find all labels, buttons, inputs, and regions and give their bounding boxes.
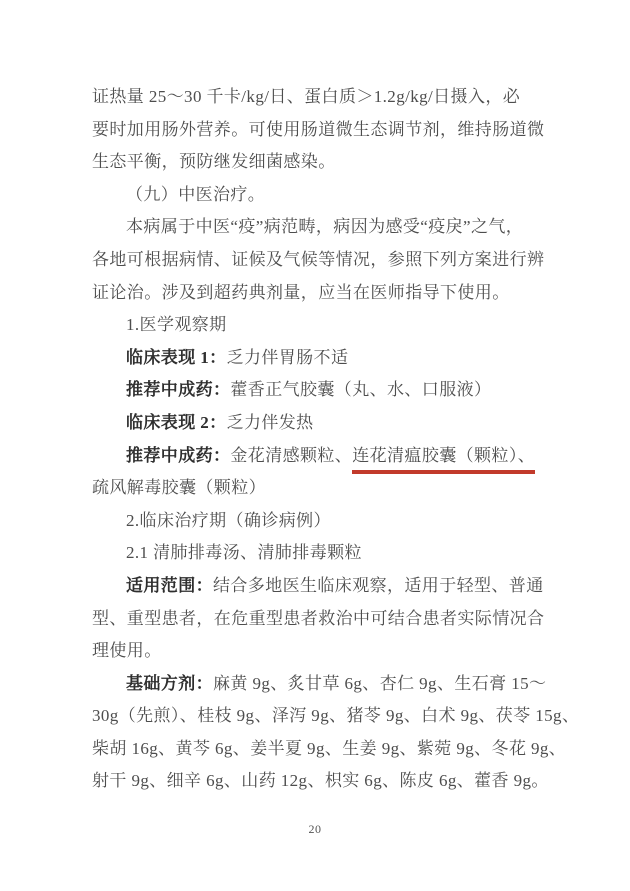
- text-segment: 理使用。: [92, 641, 162, 660]
- text-segment: 射干 9g、细辛 6g、山药 12g、枳实 6g、陈皮 6g、藿香 9g。: [92, 771, 549, 790]
- text-segment: 证热量 25～30 千卡/kg/日、蛋白质＞1.2g/kg/日摄入，必: [92, 87, 520, 106]
- text-segment: 要时加用肠外营养。可使用肠道微生态调节剂，维持肠道微: [92, 120, 544, 139]
- document-line: 理使用。: [92, 635, 544, 668]
- label-segment: 推荐中成药：: [126, 380, 230, 399]
- text-segment: 柴胡 16g、黄芩 6g、姜半夏 9g、生姜 9g、紫菀 9g、冬花 9g、: [92, 739, 566, 758]
- document-line: 本病属于中医“疫”病范畴，病因为感受“疫戾”之气，: [92, 211, 544, 244]
- document-line: 疏风解毒胶囊（颗粒）: [92, 472, 544, 505]
- document-line: 适用范围：结合多地医生临床观察，适用于轻型、普通: [92, 570, 544, 603]
- text-segment: 各地可根据病情、证候及气候等情况，参照下列方案进行辨: [92, 250, 544, 269]
- text-segment: 疏风解毒胶囊（颗粒）: [92, 478, 266, 497]
- document-line: 临床表现 1：乏力伴胃肠不适: [92, 342, 544, 375]
- document-line: 要时加用肠外营养。可使用肠道微生态调节剂，维持肠道微: [92, 114, 544, 147]
- document-line: 2.临床治疗期（确诊病例）: [92, 505, 544, 538]
- document-text-block: 证热量 25～30 千卡/kg/日、蛋白质＞1.2g/kg/日摄入，必要时加用肠…: [92, 81, 544, 798]
- label-segment: 临床表现 1：: [126, 348, 227, 367]
- page-number: 20: [0, 822, 630, 837]
- label-segment: 适用范围：: [126, 576, 213, 595]
- text-segment: （九）中医治疗。: [126, 185, 265, 204]
- text-segment: 乏力伴发热: [227, 413, 314, 432]
- document-line: 30g（先煎）、桂枝 9g、泽泻 9g、猪苓 9g、白术 9g、茯苓 15g、: [92, 700, 544, 733]
- text-segment: 结合多地医生临床观察，适用于轻型、普通: [213, 576, 544, 595]
- document-line: 生态平衡，预防继发细菌感染。: [92, 146, 544, 179]
- text-segment: 麻黄 9g、炙甘草 6g、杏仁 9g、生石膏 15～: [213, 674, 546, 693]
- document-line: 基础方剂：麻黄 9g、炙甘草 6g、杏仁 9g、生石膏 15～: [92, 668, 544, 701]
- document-line: 临床表现 2：乏力伴发热: [92, 407, 544, 440]
- text-segment: 藿香正气胶囊（丸、水、口服液）: [230, 380, 491, 399]
- document-line: 推荐中成药：藿香正气胶囊（丸、水、口服液）: [92, 374, 544, 407]
- text-segment: 2.临床治疗期（确诊病例）: [126, 511, 331, 530]
- text-segment: 金花清感颗粒、: [230, 446, 352, 465]
- text-segment: 证论治。涉及到超药典剂量，应当在医师指导下使用。: [92, 283, 510, 302]
- document-page: 证热量 25～30 千卡/kg/日、蛋白质＞1.2g/kg/日摄入，必要时加用肠…: [0, 0, 630, 891]
- highlighted-drug-name: 连花清瘟胶囊（颗粒）、: [352, 446, 535, 474]
- label-segment: 推荐中成药：: [126, 446, 230, 465]
- text-segment: 生态平衡，预防继发细菌感染。: [92, 152, 336, 171]
- document-line: 2.1 清肺排毒汤、清肺排毒颗粒: [92, 537, 544, 570]
- text-segment: 型、重型患者，在危重型患者救治中可结合患者实际情况合: [92, 609, 544, 628]
- document-line: 射干 9g、细辛 6g、山药 12g、枳实 6g、陈皮 6g、藿香 9g。: [92, 765, 544, 798]
- text-segment: 本病属于中医“疫”病范畴，病因为感受“疫戾”之气，: [126, 217, 523, 236]
- text-segment: 30g（先煎）、桂枝 9g、泽泻 9g、猪苓 9g、白术 9g、茯苓 15g、: [92, 706, 579, 725]
- document-line: 推荐中成药：金花清感颗粒、连花清瘟胶囊（颗粒）、: [92, 440, 544, 473]
- document-line: 1.医学观察期: [92, 309, 544, 342]
- text-segment: 1.医学观察期: [126, 315, 227, 334]
- document-line: 证论治。涉及到超药典剂量，应当在医师指导下使用。: [92, 277, 544, 310]
- document-line: 型、重型患者，在危重型患者救治中可结合患者实际情况合: [92, 603, 544, 636]
- label-segment: 临床表现 2：: [126, 413, 227, 432]
- document-line: （九）中医治疗。: [92, 179, 544, 212]
- document-line: 证热量 25～30 千卡/kg/日、蛋白质＞1.2g/kg/日摄入，必: [92, 81, 544, 114]
- text-segment: 乏力伴胃肠不适: [227, 348, 349, 367]
- label-segment: 基础方剂：: [126, 674, 213, 693]
- document-line: 各地可根据病情、证候及气候等情况，参照下列方案进行辨: [92, 244, 544, 277]
- document-line: 柴胡 16g、黄芩 6g、姜半夏 9g、生姜 9g、紫菀 9g、冬花 9g、: [92, 733, 544, 766]
- text-segment: 2.1 清肺排毒汤、清肺排毒颗粒: [126, 543, 362, 562]
